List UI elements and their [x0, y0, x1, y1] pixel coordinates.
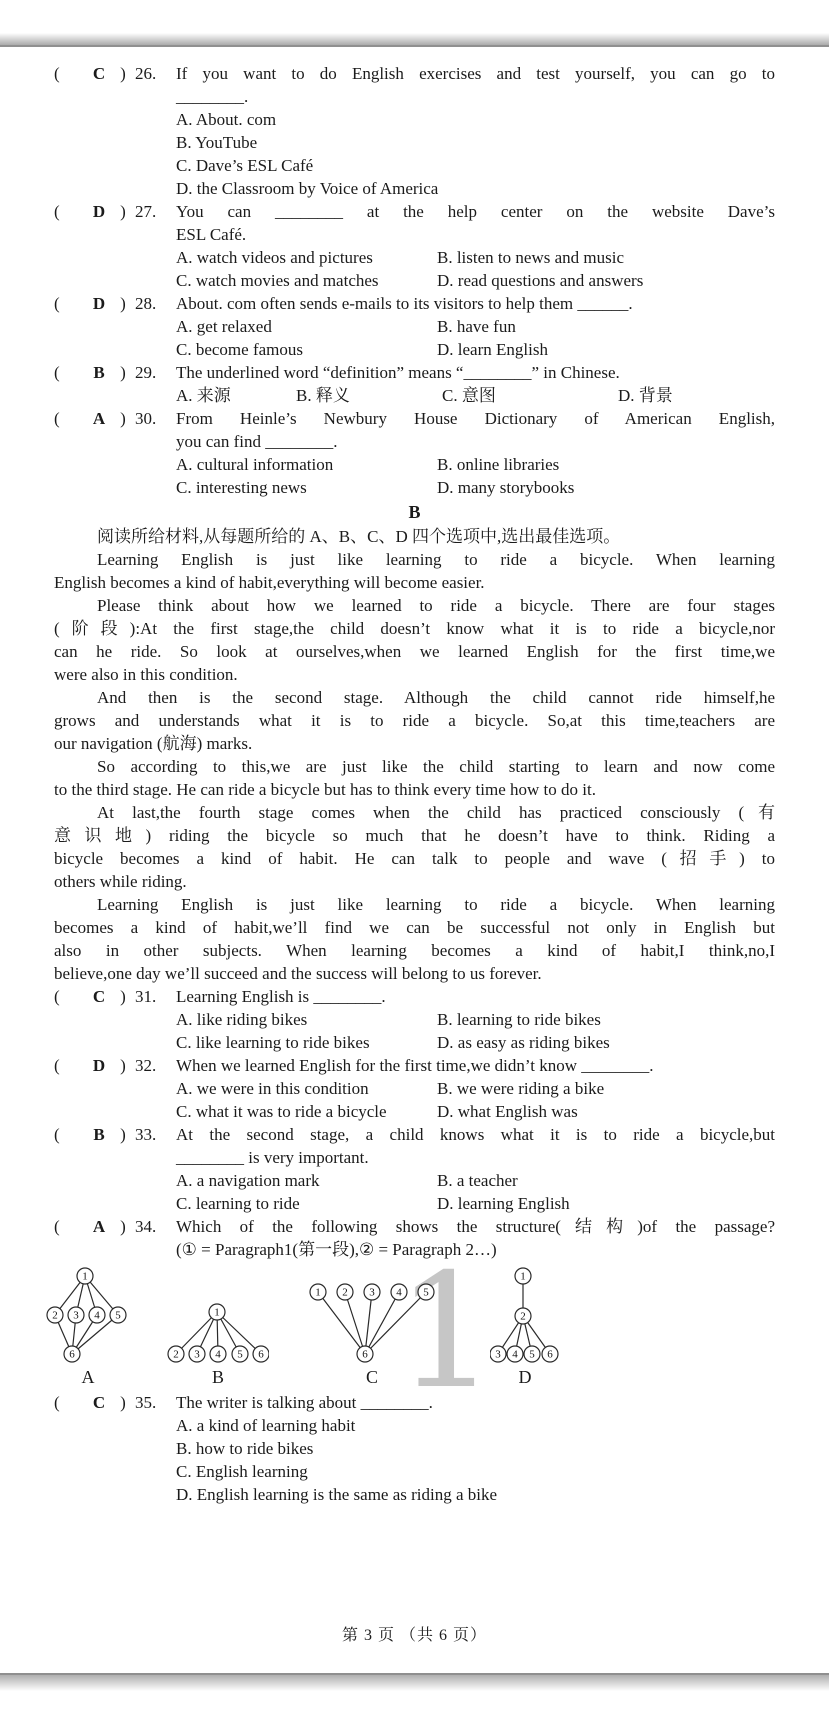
options: A. a kind of learning habitB. how to rid… — [176, 1414, 775, 1506]
previous-page-bottom-strip — [0, 0, 829, 33]
svg-text:5: 5 — [237, 1349, 243, 1361]
option-c: C. what it was to ride a bicycle — [176, 1100, 437, 1123]
text-line: About. com often sends e-mails to its vi… — [176, 292, 775, 315]
close-paren: ) — [111, 1054, 135, 1077]
structure-diagram-a: 123456A — [46, 1265, 130, 1389]
question-number: 29. — [135, 363, 156, 382]
option-b: B. have fun — [437, 315, 775, 338]
passage-paragraph: And then is the second stage. Although t… — [54, 686, 775, 755]
options: A. About. comB. YouTubeC. Dave’s ESL Caf… — [176, 108, 775, 200]
option-a: A. we were in this condition — [176, 1077, 437, 1100]
svg-text:6: 6 — [69, 1349, 75, 1361]
answer-letter: C — [87, 1391, 111, 1414]
open-paren: ( — [54, 1123, 87, 1146]
answer-key: (C)26. — [54, 62, 176, 108]
question-number: 34. — [135, 1217, 156, 1236]
page-edge-shadow-bottom — [0, 1673, 829, 1691]
question-number: 32. — [135, 1056, 156, 1075]
close-paren: ) — [111, 407, 135, 430]
question-text: You can ________ at the help center on t… — [176, 200, 775, 246]
svg-text:3: 3 — [194, 1349, 200, 1361]
answer-key: (D)27. — [54, 200, 176, 246]
passage-paragraph: Please think about how we learned to rid… — [54, 594, 775, 686]
section-b-header: B — [54, 501, 775, 524]
close-paren: ) — [111, 1391, 135, 1414]
open-paren: ( — [54, 200, 87, 223]
svg-text:2: 2 — [52, 1310, 58, 1322]
svg-text:4: 4 — [94, 1310, 100, 1322]
option-b: B. a teacher — [437, 1169, 775, 1192]
reading-passage: Learning English is just like learning t… — [54, 548, 775, 985]
option-b: B. online libraries — [437, 453, 775, 476]
option-a: A. a navigation mark — [176, 1169, 437, 1192]
passage-paragraph: Learning English is just like learning t… — [54, 893, 775, 985]
question-31: (C)31.Learning English is ________.A. li… — [54, 985, 775, 1054]
text-line: So according to this,we are just like th… — [54, 755, 775, 778]
svg-text:2: 2 — [342, 1287, 348, 1299]
text-line: The underlined word “definition” means “… — [176, 361, 775, 384]
text-line: If you want to do English exercises and … — [176, 62, 775, 85]
text-line: Learning English is just like learning t… — [54, 893, 775, 916]
option-c: C. learning to ride — [176, 1192, 437, 1215]
section-b-instruction: 阅读所给材料,从每题所给的 A、B、C、D 四个选项中,选出最佳选项。 — [54, 525, 775, 548]
text-line: At the second stage, a child knows what … — [176, 1123, 775, 1146]
option-d: D. what English was — [437, 1100, 775, 1123]
options: A. get relaxedB. have funC. become famou… — [176, 315, 775, 361]
svg-text:5: 5 — [423, 1287, 429, 1299]
question-26: (C)26.If you want to do English exercise… — [54, 62, 775, 200]
text-line: believe,one day we’ll succeed and the su… — [54, 962, 775, 985]
options: A. a navigation markB. a teacherC. learn… — [176, 1169, 775, 1215]
svg-text:3: 3 — [73, 1310, 79, 1322]
question-32: (D)32.When we learned English for the fi… — [54, 1054, 775, 1123]
question-text: Learning English is ________. — [176, 985, 775, 1008]
text-line: bicycle becomes a kind of habit. He can … — [54, 847, 775, 870]
svg-text:4: 4 — [396, 1287, 402, 1299]
answer-key: (C)35. — [54, 1391, 176, 1414]
structure-diagrams: 1123456A123456B123456C123456D — [46, 1265, 775, 1389]
text-line: Which of the following shows the structu… — [176, 1215, 775, 1238]
open-paren: ( — [54, 985, 87, 1008]
passage-paragraph: So according to this,we are just like th… — [54, 755, 775, 801]
answer-letter: B — [87, 1123, 111, 1146]
text-line: From Heinle’s Newbury House Dictionary o… — [176, 407, 775, 430]
scanned-exam-screenshot: { "section_b": { "header": "B", "instruc… — [0, 0, 829, 1720]
page-footer: 第 3 页 （共 6 页） — [54, 1624, 775, 1647]
text-line: also in other subjects. When learning be… — [54, 939, 775, 962]
option-d: D. 背景 — [618, 384, 775, 407]
text-line: English becomes a kind of habit,everythi… — [54, 571, 775, 594]
svg-text:6: 6 — [547, 1349, 553, 1361]
option-a: A. 来源 — [176, 384, 296, 407]
option-d: D. as easy as riding bikes — [437, 1031, 775, 1054]
svg-text:1: 1 — [214, 1307, 220, 1319]
svg-text:1: 1 — [520, 1271, 526, 1283]
close-paren: ) — [111, 62, 135, 85]
answer-letter: D — [87, 200, 111, 223]
option-a: A. like riding bikes — [176, 1008, 437, 1031]
structure-diagram-b: 123456B — [167, 1301, 269, 1389]
open-paren: ( — [54, 1215, 87, 1238]
option-a: A. cultural information — [176, 453, 437, 476]
question-number: 35. — [135, 1393, 156, 1412]
text-line: You can ________ at the help center on t… — [176, 200, 775, 223]
answer-letter: C — [87, 985, 111, 1008]
text-line: were also in this condition. — [54, 663, 775, 686]
svg-text:1: 1 — [82, 1271, 88, 1283]
question-number: 28. — [135, 294, 156, 313]
diagram-label: C — [309, 1366, 435, 1389]
diagram-label: B — [167, 1366, 269, 1389]
page-edge-shadow-top — [0, 33, 829, 47]
text-line: becomes a kind of habit,we’ll find we ca… — [54, 916, 775, 939]
option-b: B. we were riding a bike — [437, 1077, 775, 1100]
answer-letter: A — [87, 407, 111, 430]
text-line: our navigation (航海) marks. — [54, 732, 775, 755]
open-paren: ( — [54, 1054, 87, 1077]
structure-diagram-d: 123456D — [490, 1265, 560, 1389]
question-29: (B)29.The underlined word “definition” m… — [54, 361, 775, 407]
question-34: (A)34.Which of the following shows the s… — [54, 1215, 775, 1389]
question-number: 27. — [135, 202, 156, 221]
option-d: D. learning English — [437, 1192, 775, 1215]
text-line: Learning English is just like learning t… — [54, 548, 775, 571]
diagram-label: A — [46, 1366, 130, 1389]
option-c: C. English learning — [176, 1460, 775, 1483]
question-number: 26. — [135, 64, 156, 83]
text-line: to the third stage. He can ride a bicycl… — [54, 778, 775, 801]
svg-text:3: 3 — [369, 1287, 375, 1299]
svg-text:4: 4 — [215, 1349, 221, 1361]
option-c: C. become famous — [176, 338, 437, 361]
text-line: Learning English is ________. — [176, 985, 775, 1008]
text-line: you can find ________. — [176, 430, 775, 453]
passage-paragraph: Learning English is just like learning t… — [54, 548, 775, 594]
question-text: At the second stage, a child knows what … — [176, 1123, 775, 1169]
option-d: D. many storybooks — [437, 476, 775, 499]
svg-text:1: 1 — [315, 1287, 321, 1299]
option-a: A. About. com — [176, 108, 775, 131]
open-paren: ( — [54, 361, 87, 384]
option-d: D. English learning is the same as ridin… — [176, 1483, 775, 1506]
svg-text:2: 2 — [520, 1311, 526, 1323]
answer-letter: D — [87, 292, 111, 315]
answer-key: (D)32. — [54, 1054, 176, 1077]
options: A. 来源B. 释义C. 意图D. 背景 — [176, 384, 775, 407]
question-text: From Heinle’s Newbury House Dictionary o… — [176, 407, 775, 453]
question-33: (B)33.At the second stage, a child knows… — [54, 1123, 775, 1215]
questions-31-35: (C)31.Learning English is ________.A. li… — [54, 985, 775, 1506]
text-line: And then is the second stage. Although t… — [54, 686, 775, 709]
svg-text:5: 5 — [115, 1310, 121, 1322]
exam-page: (C)26.If you want to do English exercise… — [0, 47, 829, 1673]
svg-text:5: 5 — [529, 1349, 535, 1361]
question-30: (A)30.From Heinle’s Newbury House Dictio… — [54, 407, 775, 499]
text-line: When we learned English for the first ti… — [176, 1054, 775, 1077]
option-b: B. learning to ride bikes — [437, 1008, 775, 1031]
svg-text:2: 2 — [173, 1349, 179, 1361]
close-paren: ) — [111, 1215, 135, 1238]
question-text: About. com often sends e-mails to its vi… — [176, 292, 775, 315]
svg-text:6: 6 — [362, 1349, 368, 1361]
answer-key: (A)34. — [54, 1215, 176, 1261]
options: A. like riding bikesB. learning to ride … — [176, 1008, 775, 1054]
close-paren: ) — [111, 985, 135, 1008]
option-d: D. learn English — [437, 338, 775, 361]
text-line: At last,the fourth stage comes when the … — [54, 801, 775, 824]
question-number: 31. — [135, 987, 156, 1006]
question-number: 30. — [135, 409, 156, 428]
text-line: ________ is very important. — [176, 1146, 775, 1169]
option-c: C. Dave’s ESL Café — [176, 154, 775, 177]
option-b: B. listen to news and music — [437, 246, 775, 269]
question-text: If you want to do English exercises and … — [176, 62, 775, 108]
question-text: The underlined word “definition” means “… — [176, 361, 775, 384]
close-paren: ) — [111, 200, 135, 223]
text-line: (阶段):At the first stage,the child doesn’… — [54, 617, 775, 640]
open-paren: ( — [54, 1391, 87, 1414]
option-d: D. read questions and answers — [437, 269, 775, 292]
open-paren: ( — [54, 62, 87, 85]
options: A. watch videos and picturesB. listen to… — [176, 246, 775, 292]
passage-paragraph: At last,the fourth stage comes when the … — [54, 801, 775, 893]
question-28: (D)28.About. com often sends e-mails to … — [54, 292, 775, 361]
option-a: A. watch videos and pictures — [176, 246, 437, 269]
answer-letter: A — [87, 1215, 111, 1238]
option-d: D. the Classroom by Voice of America — [176, 177, 775, 200]
option-b: B. YouTube — [176, 131, 775, 154]
text-line: ________. — [176, 85, 775, 108]
question-number: 33. — [135, 1125, 156, 1144]
options: A. cultural informationB. online librari… — [176, 453, 775, 499]
option-c: C. watch movies and matches — [176, 269, 437, 292]
option-c: C. 意图 — [442, 384, 618, 407]
open-paren: ( — [54, 292, 87, 315]
option-b: B. 释义 — [296, 384, 442, 407]
options: A. we were in this conditionB. we were r… — [176, 1077, 775, 1123]
svg-text:4: 4 — [512, 1349, 518, 1361]
questions-26-30: (C)26.If you want to do English exercise… — [54, 62, 775, 499]
question-27: (D)27.You can ________ at the help cente… — [54, 200, 775, 292]
structure-diagram-c: 123456C — [309, 1281, 435, 1389]
option-a: A. get relaxed — [176, 315, 437, 338]
text-line: others while riding. — [54, 870, 775, 893]
answer-letter: D — [87, 1054, 111, 1077]
svg-text:3: 3 — [495, 1349, 501, 1361]
text-line: 意识地) riding the bicycle so much that he … — [54, 824, 775, 847]
answer-key: (A)30. — [54, 407, 176, 453]
close-paren: ) — [111, 1123, 135, 1146]
text-line: can he ride. So look at ourselves,when w… — [54, 640, 775, 663]
answer-letter: C — [87, 62, 111, 85]
text-line: grows and understands what it is to ride… — [54, 709, 775, 732]
option-c: C. like learning to ride bikes — [176, 1031, 437, 1054]
text-line: Please think about how we learned to rid… — [54, 594, 775, 617]
answer-key: (B)33. — [54, 1123, 176, 1169]
svg-text:6: 6 — [258, 1349, 264, 1361]
close-paren: ) — [111, 361, 135, 384]
open-paren: ( — [54, 407, 87, 430]
option-c: C. interesting news — [176, 476, 437, 499]
text-line: ESL Café. — [176, 223, 775, 246]
diagram-label: D — [490, 1366, 560, 1389]
option-b: B. how to ride bikes — [176, 1437, 775, 1460]
answer-key: (D)28. — [54, 292, 176, 315]
close-paren: ) — [111, 292, 135, 315]
question-text: When we learned English for the first ti… — [176, 1054, 775, 1077]
answer-letter: B — [87, 361, 111, 384]
answer-key: (B)29. — [54, 361, 176, 384]
answer-key: (C)31. — [54, 985, 176, 1008]
